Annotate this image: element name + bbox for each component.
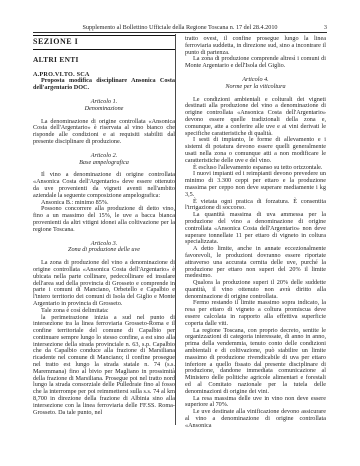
left-column: SEZIONE I ALTRI ENTI A.PRO.VI.TO. SCA Pr… [33, 34, 175, 416]
article-title: Denominazione [33, 106, 175, 113]
paragraph: I sesti di impianto, le forme di allevam… [185, 137, 326, 164]
section-band: SEZIONE I [33, 35, 175, 50]
header-rule [33, 32, 327, 33]
right-column-blocks: tratto ovest, il confine prosegue lungo … [185, 36, 326, 430]
paragraph: La zona di produzione del vino a denomin… [33, 260, 175, 308]
article-title: Norme per la viticoltura [185, 84, 326, 91]
paragraph: Le uve destinate alla vinificazione devo… [185, 409, 326, 429]
document-title: Proposta modifica disciplinare Ansonica … [33, 78, 175, 92]
paragraph: La quantità massima di uva ammessa per l… [185, 212, 326, 246]
article-heading: Articolo 3.Zona di produzione delle uve [33, 241, 175, 255]
paragraph: tratto ovest, il confine prosegue lungo … [185, 36, 326, 56]
running-head-title: Supplemento al Bollettino Ufficiale dell… [82, 24, 277, 31]
paragraph: È vietata ogni pratica di forzatura. È c… [185, 199, 326, 213]
article-title: Base ampelografica [33, 160, 175, 167]
paragraph: La resa massima delle uve in vino non de… [185, 396, 326, 410]
subsection-title: ALTRI ENTI [33, 57, 175, 64]
article-heading: Articolo 2.Base ampelografica [33, 153, 175, 167]
article-title: Zona di produzione delle uve [33, 247, 175, 254]
article-heading: Articolo 1.Denominazione [33, 99, 175, 113]
page-number: 3 [324, 24, 327, 31]
paragraph: la perimetrazione inizia a sud nel punto… [33, 315, 175, 417]
paragraph: La zona di produzione comprende altresì … [185, 56, 326, 70]
paragraph: Fermo restando il limite massimo sopra i… [185, 300, 326, 327]
section-title: SEZIONE I [33, 39, 175, 50]
paragraph: Possono concorrere alla produzione di de… [33, 206, 175, 233]
article-heading: Articolo 4.Norme per la viticoltura [185, 77, 326, 91]
right-column: tratto ovest, il confine prosegue lungo … [185, 34, 326, 430]
page-content: Supplemento al Bollettino Ufficiale dell… [33, 24, 327, 430]
left-column-blocks: Articolo 1.DenominazioneLa denominazione… [33, 99, 175, 416]
column-divider-rule [175, 34, 176, 425]
bulletin-page: Supplemento al Bollettino Ufficiale dell… [0, 0, 360, 466]
paragraph: I nuovi impianti ed i reimpianti devono … [185, 171, 326, 198]
paragraph: La regione Toscana, con proprio decreto,… [185, 328, 326, 396]
paragraph: Il vino a denominazione di origine contr… [33, 172, 175, 199]
paragraph: Le condizioni ambientali e colturali dei… [185, 97, 326, 138]
paragraph: Qualora la produzione superi il 20% dell… [185, 280, 326, 300]
running-head: Supplemento al Bollettino Ufficiale dell… [33, 24, 327, 31]
paragraph: La denominazione di origine controllata … [33, 119, 175, 146]
two-column-layout: SEZIONE I ALTRI ENTI A.PRO.VI.TO. SCA Pr… [33, 34, 327, 430]
paragraph: A detto limite, anche in annate eccezion… [185, 246, 326, 280]
